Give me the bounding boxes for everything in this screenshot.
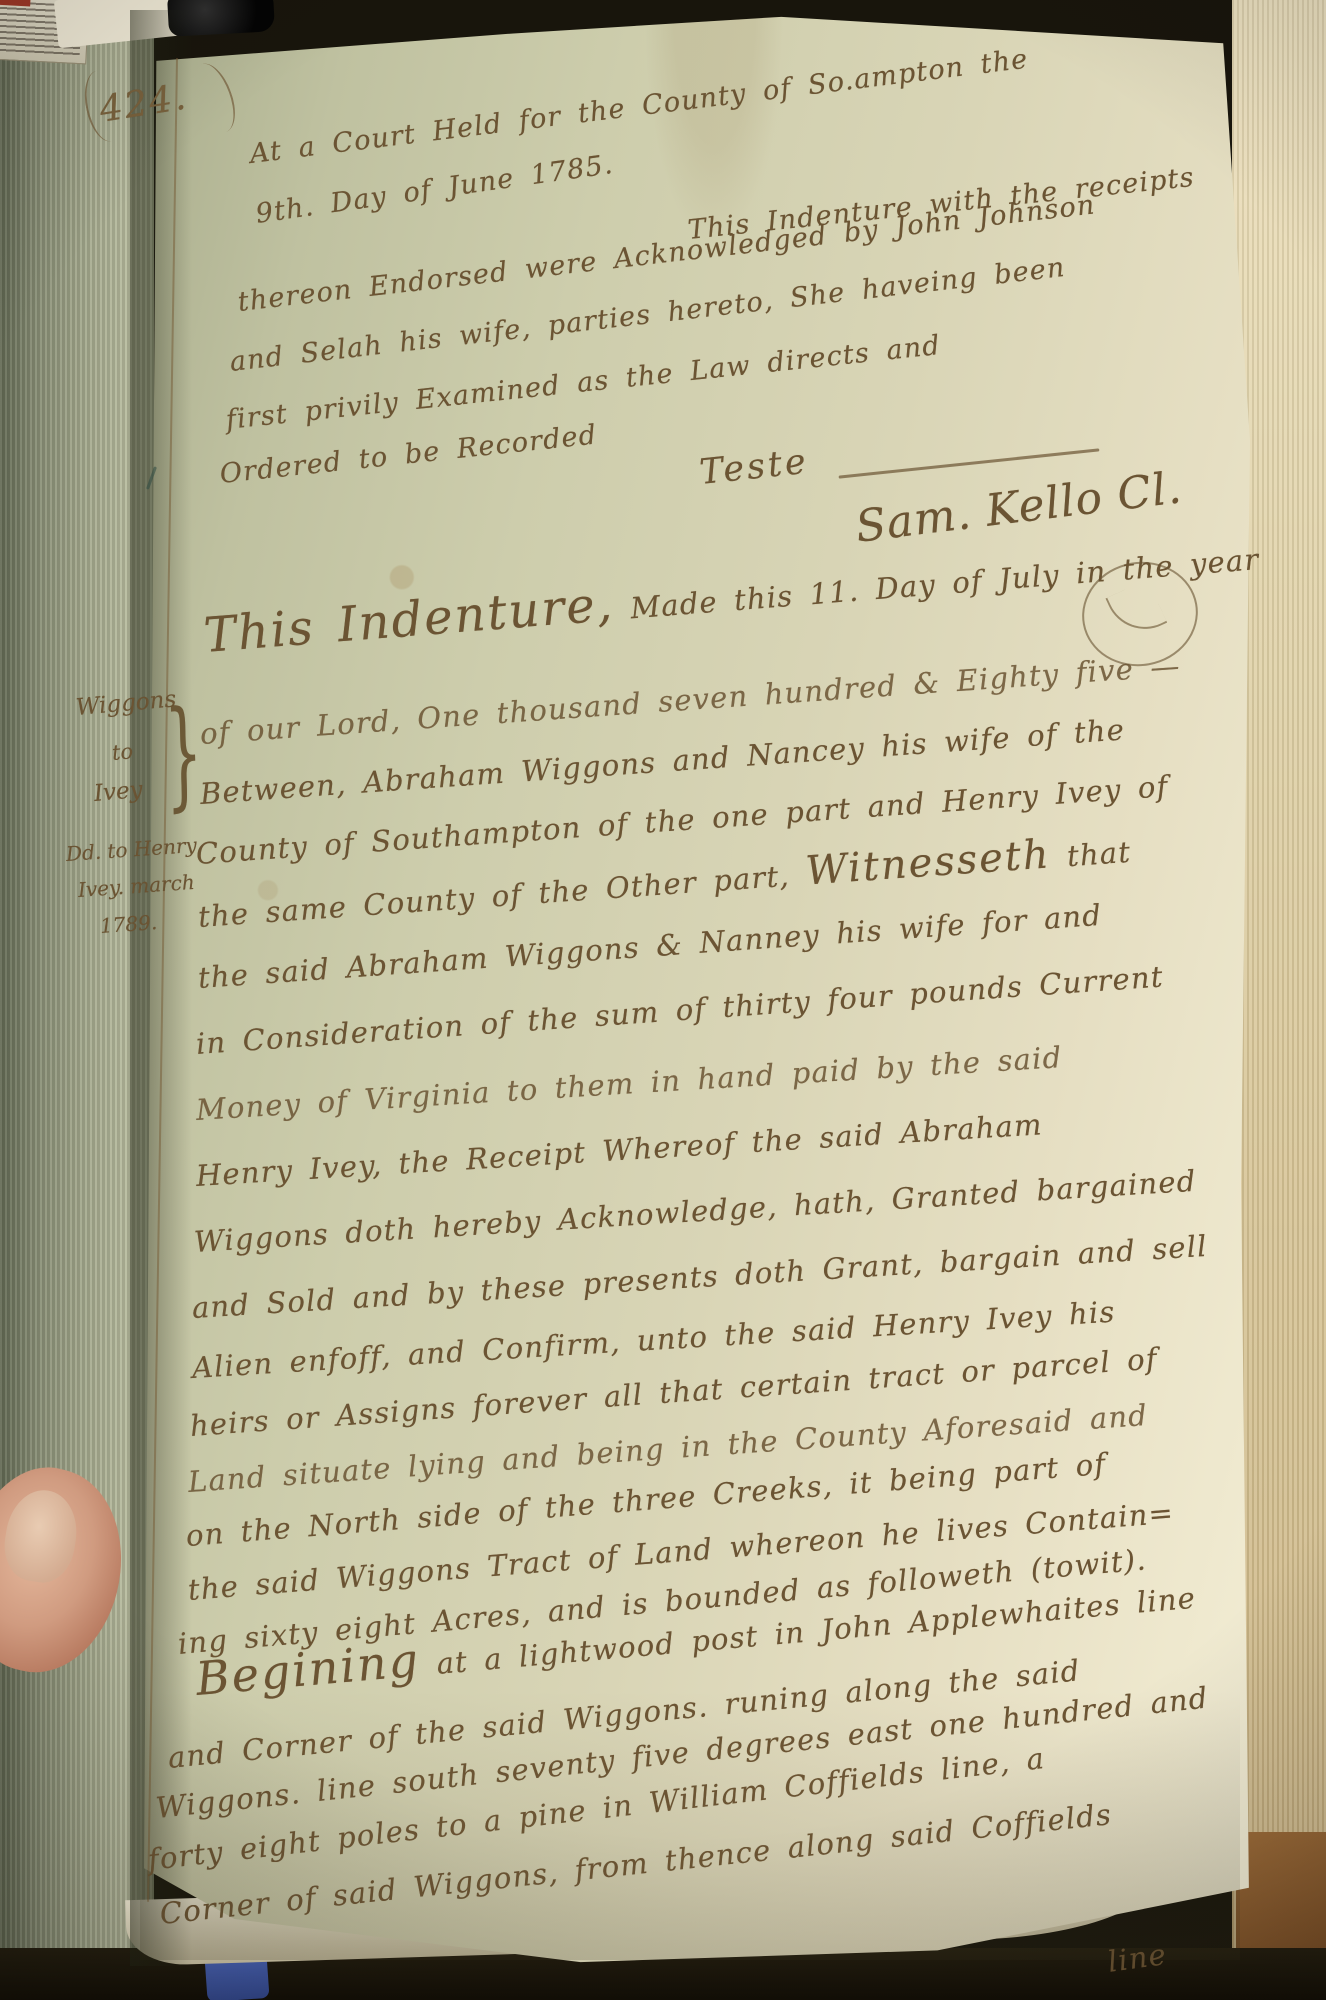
margin-note-memo-3: 1789.	[99, 910, 158, 939]
margin-note-brace: }	[163, 678, 204, 829]
deed-line-5-rest: that	[1049, 835, 1132, 875]
margin-note-grantee: Ivey	[93, 776, 144, 809]
margin-note-to: to	[111, 738, 134, 766]
photograph-of-deed-book-page: 424. At a Court Held for the County of S…	[0, 0, 1326, 2000]
